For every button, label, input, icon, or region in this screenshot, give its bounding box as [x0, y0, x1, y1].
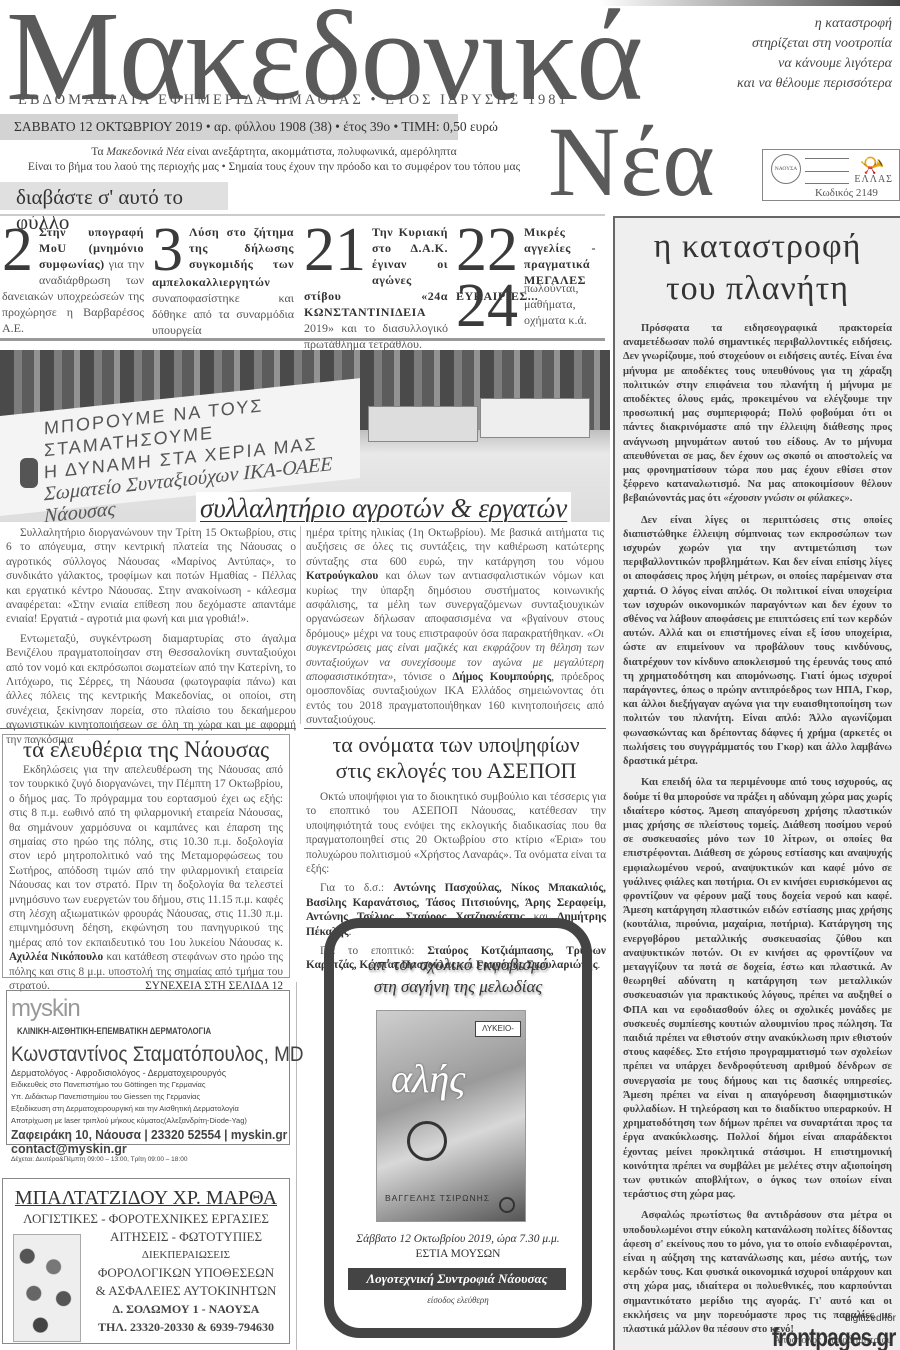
column-rule	[300, 526, 301, 724]
rally-article-col1: Συλλαλητήριο διοργανώνουν την Τρίτη 15 Ο…	[6, 526, 296, 747]
quote-text: «έχουσιν γνώσιν οι φύλακες»	[723, 493, 849, 504]
watermark: digitized for frontpages.gr	[741, 1314, 896, 1350]
ad-phone: ΤΗΛ. 23320-20330 & 6939-794630	[83, 1318, 289, 1336]
issue-dateline: ΣΑΒΒΑΤΟ 12 ΟΚΤΩΒΡΙΟΥ 2019 • αρ. φύλλου 1…	[0, 114, 458, 140]
divider	[0, 728, 296, 729]
event-datetime: Σάββατο 12 Οκτωβρίου 2019, ώρα 7.30 μ.μ.	[356, 1233, 559, 1245]
paragraph: Οκτώ υποψήφιοι για το διοικητικό συμβούλ…	[306, 790, 606, 876]
title-line: η καταστροφή	[615, 226, 900, 268]
quote-line: η καταστροφή	[737, 14, 892, 34]
headline-line: στη σαγήνη της μελωδίας	[318, 976, 598, 998]
editorial-column: η καταστροφήτου πλανήτη Πρόσφατα τα ειδη…	[613, 216, 900, 1350]
bold-name: Κατρούγκαλου	[306, 570, 378, 582]
event-organizer: Λογοτεχνική Συντροφιά Νάουσας	[348, 1268, 566, 1290]
ad-title: ΜΠΑΛΤΑΤΖΙΔΟΥ ΧΡ. ΜΑΡΘΑ	[3, 1187, 289, 1210]
teaser-text: πωλούνται, μαθήματα, οχήματα κ.ά.	[524, 281, 587, 327]
title-line: τα ονόματα των υποψηφίων	[306, 732, 606, 758]
title-line: του πλανήτη	[615, 268, 900, 310]
calculator-image	[13, 1234, 81, 1342]
headline-line: απ' τον σχολικό εκφοβισμό	[318, 954, 598, 976]
myskin-logo: myskin	[11, 995, 80, 1023]
book-title: αλής	[391, 1055, 465, 1102]
masthead-title-nea: Νέα	[548, 112, 715, 212]
rally-headline: συλλαλητήριο αγροτών & εργατών	[196, 492, 571, 522]
motto-paper-name: Μακεδονικά Νέα	[106, 146, 184, 158]
editorial-title: η καταστροφήτου πλανήτη	[615, 226, 900, 310]
masthead-subtitle: ΕΒΔΟΜΑΔΙΑΙΑ ΕΦΗΜΕΡΙΔΑ ΗΜΑΘΙΑΣ • ΕΤΟΣ ΙΔΡ…	[18, 92, 488, 109]
editorial-body: Πρόσφατα τα ειδησεογραφικά πρακτορεία αν…	[623, 322, 892, 1337]
ad-myskin[interactable]: myskinΚΛΙΝΙΚΗ-ΑΙΣΘΗΤΙΚΗ-ΕΠΕΜΒΑΤΙΚΗ ΔΕΡΜΑ…	[6, 990, 290, 1145]
postmark-circle-icon: ΝΑΟΥΣΑ	[771, 154, 801, 184]
event-entry: είσοδος ελεύθερη	[318, 1295, 598, 1305]
page-number: 3	[152, 226, 183, 274]
doctor-name: Κωνσταντίνος Σταματόπουλος, MD	[11, 1043, 258, 1067]
ad-line: Ειδικευθείς στο Πανεπιστήμιο του Götting…	[11, 1079, 285, 1091]
text: Για το δ.σ.:	[320, 882, 393, 894]
bold-name: Αχιλλέα Νικόπουλο	[9, 951, 103, 963]
protest-banner	[368, 406, 478, 442]
eleftheria-article: τα ελευθέρια της Νάουσας Εκδηλώσεις για …	[2, 734, 290, 978]
ad-address: Δ. ΣΟΛΩΜΟΥ 1 - ΝΑΟΥΣΑ	[83, 1300, 289, 1318]
ad-line: Εξειδίκευση στη Δερματοχειρουργική και τ…	[11, 1103, 285, 1115]
stamp-code: Κωδικός 2149	[815, 187, 878, 199]
text: Εκδηλώσεις για την απελευθέρωση της Νάου…	[9, 764, 283, 949]
quote-line: στηρίζεται στη νοοτροπία	[737, 34, 892, 54]
divider	[304, 728, 606, 729]
watermark-line: frontpages.gr	[772, 1324, 896, 1350]
article-title: τα ελευθέρια της Νάουσας	[3, 737, 289, 763]
text: , τόνισε ο	[393, 671, 452, 683]
ad-line: ΑΙΤΗΣΕΙΣ - ΦΩΤΟΤΥΠΙΕΣ	[83, 1228, 289, 1246]
page-number: 21	[304, 226, 366, 274]
quote-line: να κάνουμε λιγότερα	[737, 54, 892, 74]
raised-fist-icon	[20, 458, 38, 488]
wheelchair-icon	[407, 1121, 447, 1161]
ad-martha[interactable]: ΜΠΑΛΤΑΤΖΙΔΟΥ ΧΡ. ΜΑΡΘΑ ΛΟΓΙΣΤΙΚΕΣ - ΦΟΡΟ…	[2, 1178, 290, 1344]
page-number: 2	[2, 226, 33, 274]
book-cover-image: ΛΥΚΕΙΟ- αλής ΒΑΓΓΕΛΗΣ ΤΣΙΡΩΝΗΣ	[376, 1010, 526, 1222]
ad-email[interactable]: contact@myskin.gr	[11, 1142, 285, 1156]
ad-address: Ζαφειράκη 10, Νάουσα | 23320 52554 | mys…	[11, 1127, 263, 1142]
teaser-page-24[interactable]: 24πωλούνται, μαθήματα, οχήματα κ.ά.	[456, 280, 596, 330]
teaser-text: 2019» και το διασυλλογικό πρωτάθλημα τετ…	[304, 321, 448, 351]
article-body: Εκδηλώσεις για την απελευθέρωση της Νάου…	[3, 763, 289, 994]
teaser-page-21[interactable]: 21Την Κυριακή στο Δ.Α.Κ. έγιναν οι αγώνε…	[304, 224, 448, 352]
teaser-page-2[interactable]: 2Στην υπογραφή MoU (μνημόνιο συμφωνίας) …	[2, 224, 144, 336]
motto-prefix: Τα	[91, 146, 106, 158]
book-event-poster[interactable]: απ' τον σχολικό εκφοβισμό στη σαγήνη της…	[318, 912, 598, 1344]
ad-line: Υπ. Διδάκτωρ Πανεπιστημίου του Giessen τ…	[11, 1091, 285, 1103]
paragraph: Συλλαλητήριο διοργανώνουν την Τρίτη 15 Ο…	[6, 526, 296, 627]
masthead-quote: η καταστροφή στηρίζεται στη νοοτροπία να…	[737, 14, 892, 94]
paragraph: Δεν είναι λίγες οι περιπτώσεις στις οποί…	[623, 514, 892, 770]
read-in-this-issue-bar: διαβάστε σ' αυτό το φύλλο	[0, 182, 228, 210]
ad-line: Δερματολόγος - Αφροδισιολόγος - Δερματοχ…	[11, 1067, 285, 1079]
stamp-country: ΕΛΛΑΣ	[854, 174, 893, 185]
masthead-motto: Τα Μακεδονικά Νέα είναι ανεξάρτητα, ακομ…	[0, 145, 548, 175]
column-rule	[296, 982, 297, 1350]
top-gradient-bar	[600, 0, 900, 6]
motto-line-2: Είναι το βήμα του λαού της περιοχής μας …	[0, 160, 548, 175]
ad-line: Αποτρίχωση με laser τριπλού μήκους κύματ…	[11, 1115, 285, 1127]
event-details: Σάββατο 12 Οκτωβρίου 2019, ώρα 7.30 μ.μ.…	[318, 1232, 598, 1262]
teaser-page-3[interactable]: 3Λύση στο ζήτημα της δήλωσης συγκομιδής …	[152, 224, 294, 338]
teaser-text: συναποφασίστηκε και δόθηκε από τα συναρμ…	[152, 291, 294, 337]
rally-photo: ΜΠΟΡΟΥΜΕ ΝΑ ΤΟΥΣ ΣΤΑΜΑΤΗΣΟΥΜΕ Η ΔΥΝΑΜΗ Σ…	[0, 350, 610, 522]
rally-article-col2: ημέρα τρίτης ηλικίας (1η Οκτωβρίου). Με …	[306, 526, 604, 728]
postmark-waves-icon	[805, 158, 849, 184]
paragraph: Και επειδή όλα τα περιμένουμε από τους ι…	[623, 776, 892, 1202]
event-venue: ΕΣΤΙΑ ΜΟΥΣΩΝ	[318, 1247, 598, 1262]
bold-name: Δήμος Κουμπούρης	[452, 671, 551, 683]
article-title: τα ονόματα των υποψηφίωνστις εκλογές του…	[306, 732, 606, 784]
cover-sign: ΛΥΚΕΙΟ-	[475, 1021, 521, 1037]
ad-category: ΚΛΙΝΙΚΗ-ΑΙΣΘΗΤΙΚΗ-ΕΠΕΜΒΑΤΙΚΗ ΔΕΡΜΑΤΟΛΟΓΙ…	[17, 1026, 211, 1037]
title-line: στις εκλογές του ΑΣΕΠΟΠ	[306, 758, 606, 784]
teasers-strip: 2Στην υπογραφή MoU (μνημόνιο συμφωνίας) …	[0, 214, 610, 340]
ad-line: & ΑΣΦΑΛΕΙΕΣ ΑΥΤΟΚΙΝΗΤΩΝ	[83, 1282, 289, 1300]
page-number: 22	[456, 226, 518, 274]
ad-line: ΔΙΕΚΠΕΡΑΙΩΣΕΙΣ	[83, 1246, 289, 1264]
publisher-logo-icon	[499, 1197, 515, 1213]
paragraph: Εντωμεταξύ, συγκέντρωση διαμαρτυρίας στο…	[6, 632, 296, 747]
poster-headline: απ' τον σχολικό εκφοβισμό στη σαγήνη της…	[318, 954, 598, 998]
ad-hours: Δέχεται: Δευτέρα&Πέμπτη 09:00 – 13:00, Τ…	[11, 1156, 285, 1163]
text: ημέρα τρίτης ηλικίας (1η Οκτωβρίου). Με …	[306, 527, 604, 568]
book-author: ΒΑΓΓΕΛΗΣ ΤΣΙΡΩΝΗΣ	[385, 1193, 490, 1203]
text: Πρόσφατα τα ειδησεογραφικά πρακτορεία αν…	[623, 323, 892, 504]
ad-line: ΦΟΡΟΛΟΓΙΚΩΝ ΥΠΟΘΕΣΕΩΝ	[83, 1264, 289, 1282]
ad-line: ΛΟΓΙΣΤΙΚΕΣ - ΦΟΡΟΤΕΧΝΙΚΕΣ ΕΡΓΑΣΙΕΣ	[3, 1210, 289, 1228]
page-number: 24	[456, 282, 518, 330]
quote-line: και να θέλουμε περισσότερα	[737, 74, 892, 94]
postage-stamp: ΝΑΟΥΣΑ 📯 ΕΛΛΑΣ Κωδικός 2149	[762, 149, 900, 201]
protest-banner	[480, 398, 590, 438]
motto-suffix: είναι ανεξάρτητα, ακομμάτιστα, πολυφωνικ…	[184, 146, 457, 158]
divider	[0, 338, 605, 341]
